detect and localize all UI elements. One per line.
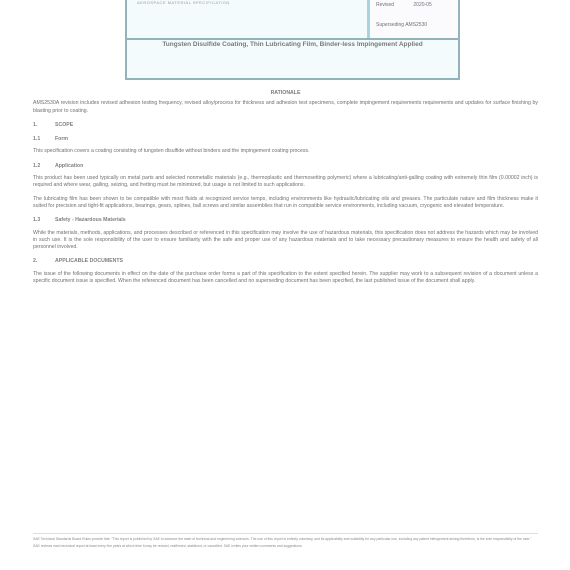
revised-label: Revised [376, 2, 412, 8]
section-title: APPLICABLE DOCUMENTS [55, 258, 123, 264]
superseding-label: Superseding AMS2530 [376, 22, 427, 28]
section-paragraph: The lubricating film has been shown to b… [33, 196, 538, 211]
revised-value: 2020-05 [413, 2, 431, 8]
rationale-text: AMS2530A revision includes revised adhes… [33, 100, 538, 115]
sections-container: 1.SCOPE1.1FormThis specification covers … [33, 122, 538, 285]
section-title: Application [55, 163, 83, 169]
section-heading: 1.3Safety - Hazardous Materials [33, 217, 538, 224]
footer-line: SAE reviews each technical report at lea… [33, 544, 538, 549]
doc-type-label: AEROSPACE MATERIAL SPECIFICATION [137, 0, 230, 5]
section-number: 1.3 [33, 217, 55, 224]
section-title: Safety - Hazardous Materials [55, 217, 126, 223]
section-paragraph: While the materials, methods, applicatio… [33, 230, 538, 252]
footer-line: SAE Technical Standards Board Rules prov… [33, 537, 538, 542]
header-left-cell: AEROSPACE MATERIAL SPECIFICATION [127, 0, 367, 38]
section-heading: 2.APPLICABLE DOCUMENTS [33, 258, 538, 265]
section-paragraph: This product has been used typically on … [33, 175, 538, 190]
section-heading: 1.2Application [33, 163, 538, 170]
document-body: RATIONALE AMS2530A revision includes rev… [33, 90, 538, 291]
header-meta-cell: Revised 2020-05 Superseding AMS2530 [367, 0, 458, 38]
rationale-heading: RATIONALE [33, 90, 538, 97]
section-heading: 1.1Form [33, 136, 538, 143]
section-paragraph: The issue of the following documents in … [33, 271, 538, 286]
section-number: 2. [33, 258, 55, 265]
section-paragraph: This specification covers a coating cons… [33, 148, 538, 155]
header-top-row: AEROSPACE MATERIAL SPECIFICATION Revised… [127, 0, 458, 40]
superseding-row: Superseding AMS2530 [376, 22, 427, 28]
section-number: 1.2 [33, 163, 55, 170]
document-title: Tungsten Disulfide Coating, Thin Lubrica… [127, 40, 458, 49]
document-header: AEROSPACE MATERIAL SPECIFICATION Revised… [125, 0, 460, 80]
section-title: SCOPE [55, 122, 73, 128]
section-number: 1.1 [33, 136, 55, 143]
section-title: Form [55, 136, 68, 142]
document-footer: SAE Technical Standards Board Rules prov… [33, 533, 538, 551]
section-number: 1. [33, 122, 55, 129]
section-heading: 1.SCOPE [33, 122, 538, 129]
revised-row: Revised 2020-05 [376, 2, 432, 8]
